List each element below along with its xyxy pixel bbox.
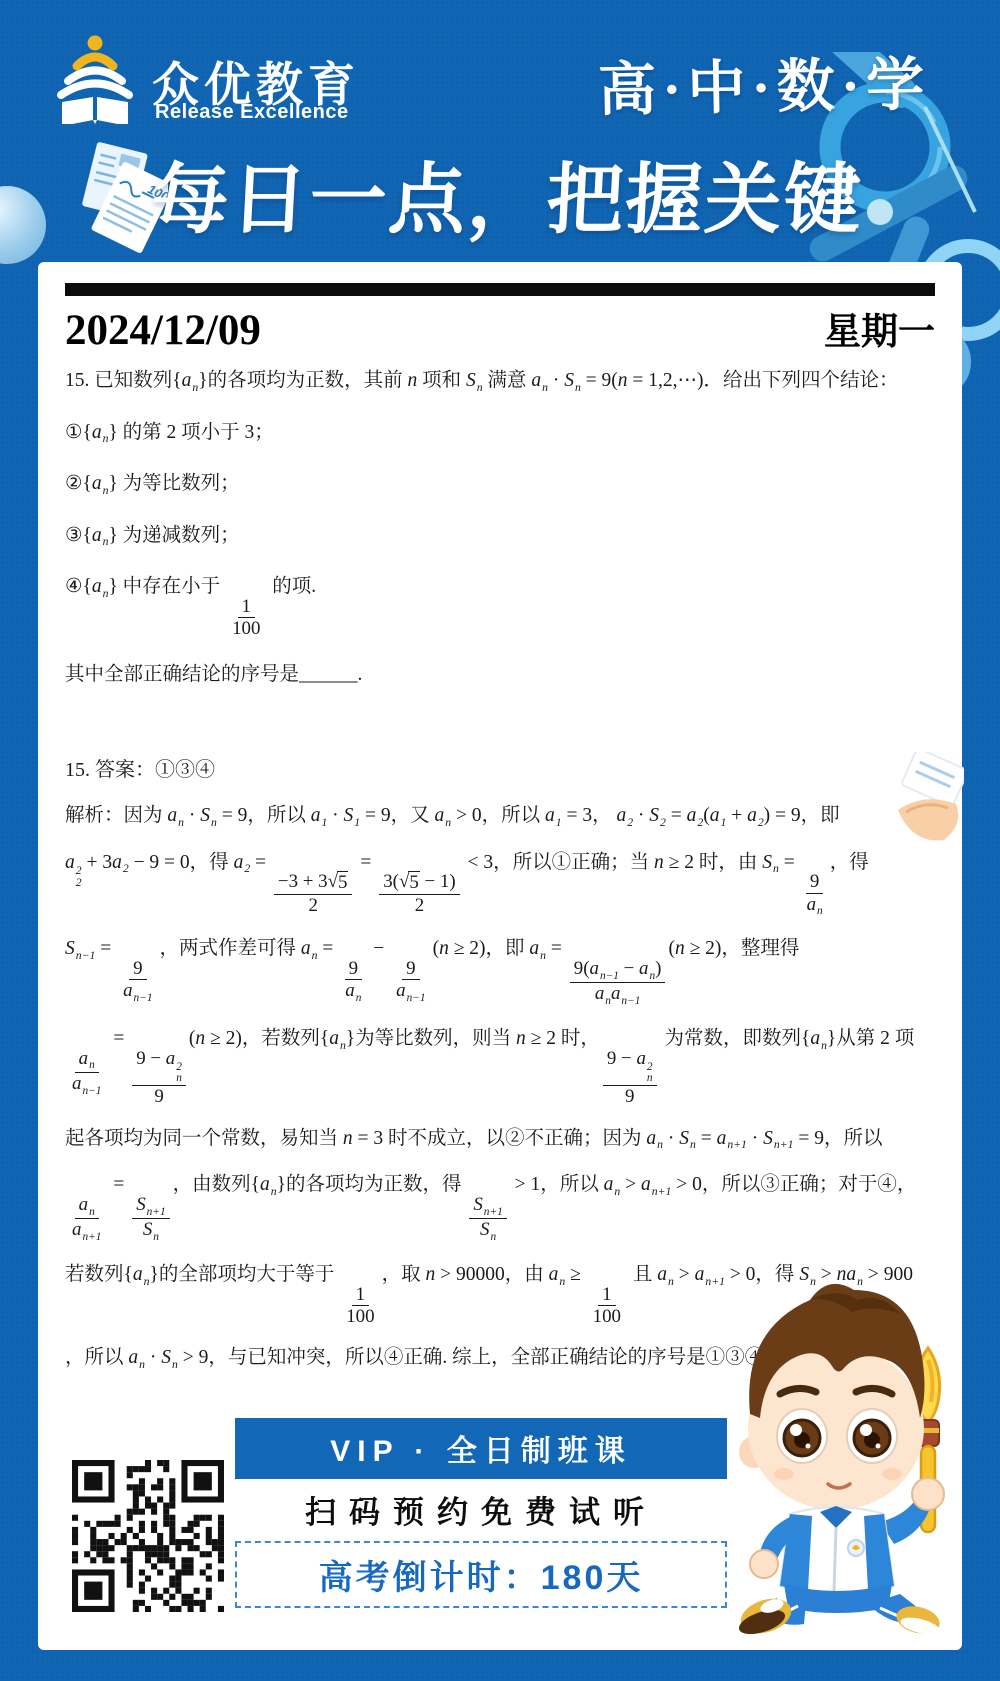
vip-banner: VIP · 全日制班课 — [235, 1418, 727, 1479]
problem-statement: 15. 已知数列{an}的各项均为正数，其前 n 项和 Sn 满意 an · S… — [65, 367, 935, 689]
qr-code[interactable] — [72, 1460, 224, 1612]
countdown-box: 高考倒计时：180天 — [235, 1541, 727, 1608]
brand-logo-icon — [52, 34, 138, 124]
poster-page: 众优教育 Release Excellence 高·中·数·学 100 — [0, 0, 1000, 1681]
math-line: 15. 已知数列{an}的各项均为正数，其前 n 项和 Sn 满意 an · S… — [65, 367, 935, 397]
math-line: 解析：因为 an · Sn = 9，所以 a1 · S1 = 9，又 an > … — [65, 802, 935, 832]
date-label: 2024/12/09 — [65, 306, 261, 355]
hand-paper-decoration — [878, 752, 964, 850]
math-line: Sn−1 = 9an−1，两式作差可得 an = 9an − 9an−1(n ≥… — [65, 935, 935, 1008]
mascot-boy — [732, 1256, 960, 1640]
math-line: a22 + 3a2 − 9 = 0，得 a2 = −3 + 3√52 = 3(√… — [65, 849, 935, 919]
answer-label: 15. 答案：①③④ — [65, 753, 935, 782]
math-line: ①{an} 的第 2 项小于 3； — [65, 419, 935, 449]
math-line: ④{an} 中存在小于 1100 的项. — [65, 573, 935, 639]
weekday-label: 星期一 — [824, 301, 935, 355]
math-line: anan+1 = Sn+1Sn，由数列{an}的各项均为正数，得 Sn+1Sn … — [65, 1171, 935, 1244]
top-rule — [65, 283, 935, 296]
sphere-decoration — [0, 186, 46, 264]
brand-tagline: Release Excellence — [155, 101, 349, 124]
subject-title: 高·中·数·学 — [597, 37, 930, 127]
promo-column: VIP · 全日制班课 扫码预约免费试听 高考倒计时：180天 — [235, 1418, 727, 1608]
scan-cta-label: 扫码预约免费试听 — [235, 1487, 727, 1532]
math-line: ③{an} 为递减数列； — [65, 522, 935, 552]
daily-slogan-title: 每日一点，把握关键 — [149, 138, 866, 249]
content-card: 2024/12/09 星期一 15. 已知数列{an}的各项均为正数，其前 n … — [38, 262, 962, 1650]
header: 众优教育 Release Excellence 高·中·数·学 100 — [0, 0, 1000, 262]
math-line: anan−1 = 9 − a2n9(n ≥ 2)，若数列{an}为等比数列，则当… — [65, 1025, 935, 1108]
date-row: 2024/12/09 星期一 — [65, 301, 935, 355]
math-line: 起各项均为同一个常数，易知当 n = 3 时不成立，以②不正确；因为 an · … — [65, 1125, 935, 1155]
math-line: 其中全部正确结论的序号是______. — [65, 661, 935, 689]
math-line: ②{an} 为等比数列； — [65, 470, 935, 500]
